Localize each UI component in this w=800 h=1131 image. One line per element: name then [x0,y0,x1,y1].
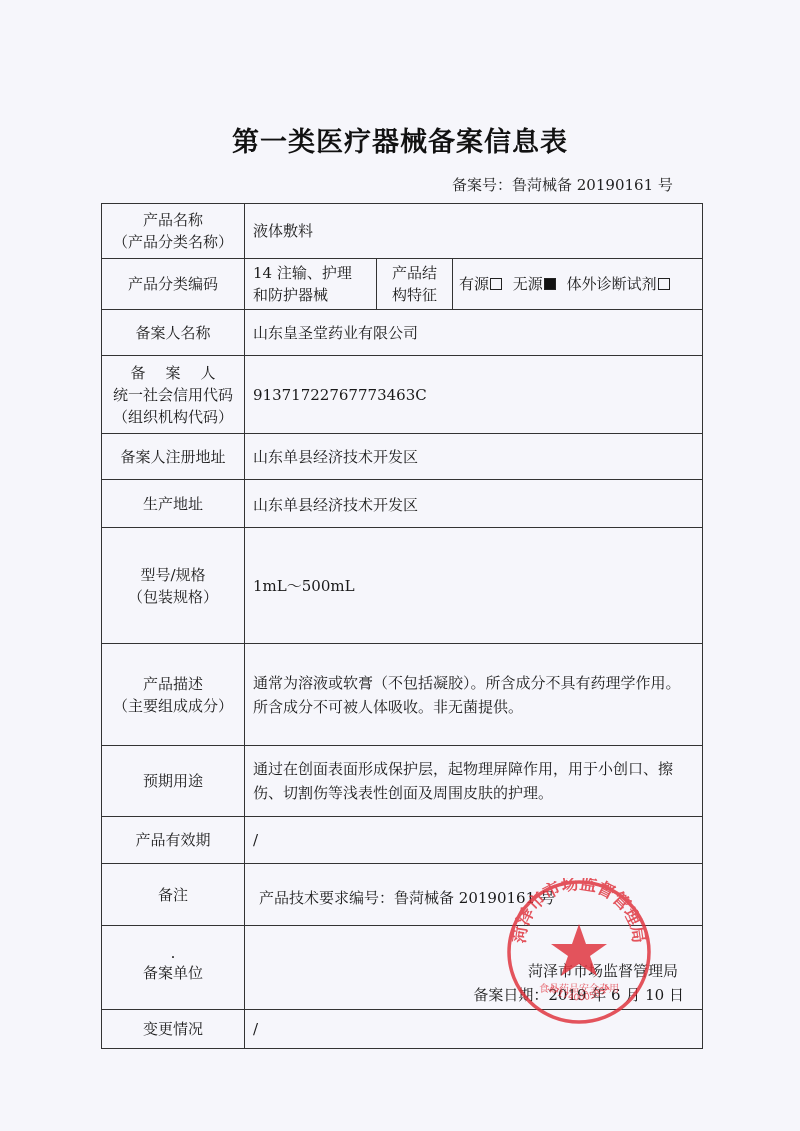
row-product-name: 产品名称 （产品分类名称） 液体敷料 [102,204,703,259]
product-name-value: 液体敷料 [245,204,703,259]
label-line: （包装规格） [110,586,236,608]
credit-code-value: 91371722767773463C [245,356,703,434]
structure-label: 产品结 构特征 [377,259,453,310]
product-name-label: 产品名称 （产品分类名称） [102,204,245,259]
row-validity: 产品有效期 / [102,817,703,864]
option-label: 无源 [513,275,543,293]
row-credit-code: 备案人 统一社会信用代码 （组织机构代码） 91371722767773463C [102,356,703,434]
checkbox-checked-icon[interactable] [544,278,556,290]
option-label: 有源 [459,275,489,293]
registered-address-value: 山东单县经济技术开发区 [245,434,703,480]
filing-info-table: 产品名称 （产品分类名称） 液体敷料 产品分类编码 14 注输、护理 和防护器械… [101,203,703,1049]
remarks-value: 产品技术要求编号：鲁菏械备 20190161 号 [245,864,703,926]
filing-unit-value: 菏泽市市场监督管理局 备案日期：2019 年 6 月 10 日 [245,926,703,1010]
intended-use-label: 预期用途 [102,746,245,817]
code-line: 和防护器械 [253,284,370,306]
option-ivd[interactable]: 体外诊断试剂 [567,275,670,293]
filing-date: 备案日期：2019 年 6 月 10 日 [473,983,684,1007]
validity-value: / [245,817,703,864]
label-line: （产品分类名称） [110,231,236,253]
label-line: （主要组成成分） [110,695,236,717]
row-production-address: 生产地址 山东单县经济技术开发区 [102,480,703,528]
filing-unit-signature: 菏泽市市场监督管理局 备案日期：2019 年 6 月 10 日 [473,959,680,1007]
row-applicant-name: 备案人名称 山东皇圣堂药业有限公司 [102,310,703,356]
label-line: 备案人 [110,362,236,384]
classification-label: 产品分类编码 [102,259,245,310]
row-model-spec: 型号/规格 （包装规格） 1mL～500mL [102,528,703,644]
label-line: 备案单位 [143,964,203,982]
row-classification: 产品分类编码 14 注输、护理 和防护器械 产品结 构特征 有源 无源 体外诊断… [102,259,703,310]
applicant-name-label: 备案人名称 [102,310,245,356]
label-line: 产品结 [385,262,444,284]
option-active[interactable]: 有源 [459,275,507,293]
document-title: 第一类医疗器械备案信息表 [0,120,800,159]
row-registered-address: 备案人注册地址 山东单县经济技术开发区 [102,434,703,480]
row-filing-unit: · 备案单位 菏泽市市场监督管理局 备案日期：2019 年 6 月 10 日 [102,926,703,1010]
intended-use-line: 通过在创面表面形成保护层，起物理屏障作用，用于小创口、擦 [253,757,694,781]
checkbox-unchecked-icon[interactable] [658,278,670,290]
option-passive[interactable]: 无源 [513,275,561,293]
remarks-label: 备注 [102,864,245,926]
option-label: 体外诊断试剂 [567,275,657,293]
description-value: 通常为溶液或软膏（不包括凝胶）。所含成分不具有药理学作用。 所含成分不可被人体吸… [245,644,703,746]
classification-code: 14 注输、护理 和防护器械 [245,259,377,310]
production-address-label: 生产地址 [102,480,245,528]
label-line: 构特征 [385,284,444,306]
description-label: 产品描述 （主要组成成分） [102,644,245,746]
applicant-name-value: 山东皇圣堂药业有限公司 [245,310,703,356]
label-line: 产品名称 [110,209,236,231]
label-line: （组织机构代码） [110,406,236,428]
changes-label: 变更情况 [102,1010,245,1049]
row-intended-use: 预期用途 通过在创面表面形成保护层，起物理屏障作用，用于小创口、擦 伤、切割伤等… [102,746,703,817]
label-line: 型号/规格 [110,564,236,586]
row-changes: 变更情况 / [102,1010,703,1049]
label-line: 产品描述 [110,673,236,695]
label-line: 统一社会信用代码 [110,384,236,406]
registered-address-label: 备案人注册地址 [102,434,245,480]
record-number: 备案号：鲁菏械备 20190161 号 [452,174,673,195]
description-line: 通常为溶液或软膏（不包括凝胶）。所含成分不具有药理学作用。 [253,671,694,695]
row-remarks: 备注 产品技术要求编号：鲁菏械备 20190161 号 [102,864,703,926]
credit-code-label: 备案人 统一社会信用代码 （组织机构代码） [102,356,245,434]
model-spec-value: 1mL～500mL [245,528,703,644]
filing-unit-label: · 备案单位 [102,926,245,1010]
authority-name: 菏泽市市场监督管理局 [473,959,680,983]
intended-use-line: 伤、切割伤等浅表性创面及周围皮肤的护理。 [253,781,694,805]
production-address-value: 山东单县经济技术开发区 [245,480,703,528]
structure-options: 有源 无源 体外诊断试剂 [453,259,703,310]
changes-value: / [245,1010,703,1049]
validity-label: 产品有效期 [102,817,245,864]
description-line: 所含成分不可被人体吸收。非无菌提供。 [253,695,694,719]
row-description: 产品描述 （主要组成成分） 通常为溶液或软膏（不包括凝胶）。所含成分不具有药理学… [102,644,703,746]
intended-use-value: 通过在创面表面形成保护层，起物理屏障作用，用于小创口、擦 伤、切割伤等浅表性创面… [245,746,703,817]
checkbox-unchecked-icon[interactable] [490,278,502,290]
code-line: 14 注输、护理 [253,262,370,284]
dot-mark: · [110,952,236,962]
model-spec-label: 型号/规格 （包装规格） [102,528,245,644]
